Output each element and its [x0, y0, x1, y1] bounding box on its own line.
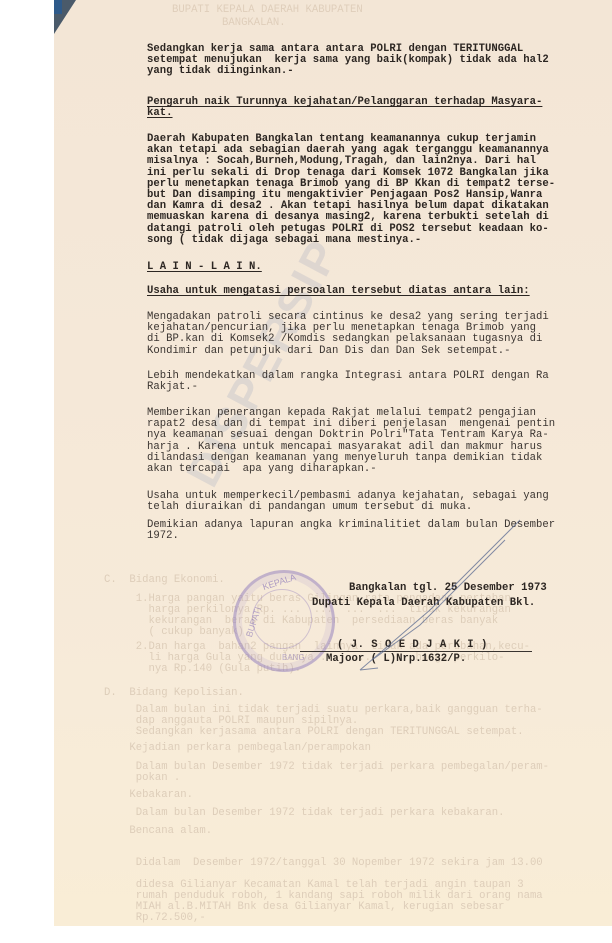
handwritten-signature [0, 0, 612, 943]
